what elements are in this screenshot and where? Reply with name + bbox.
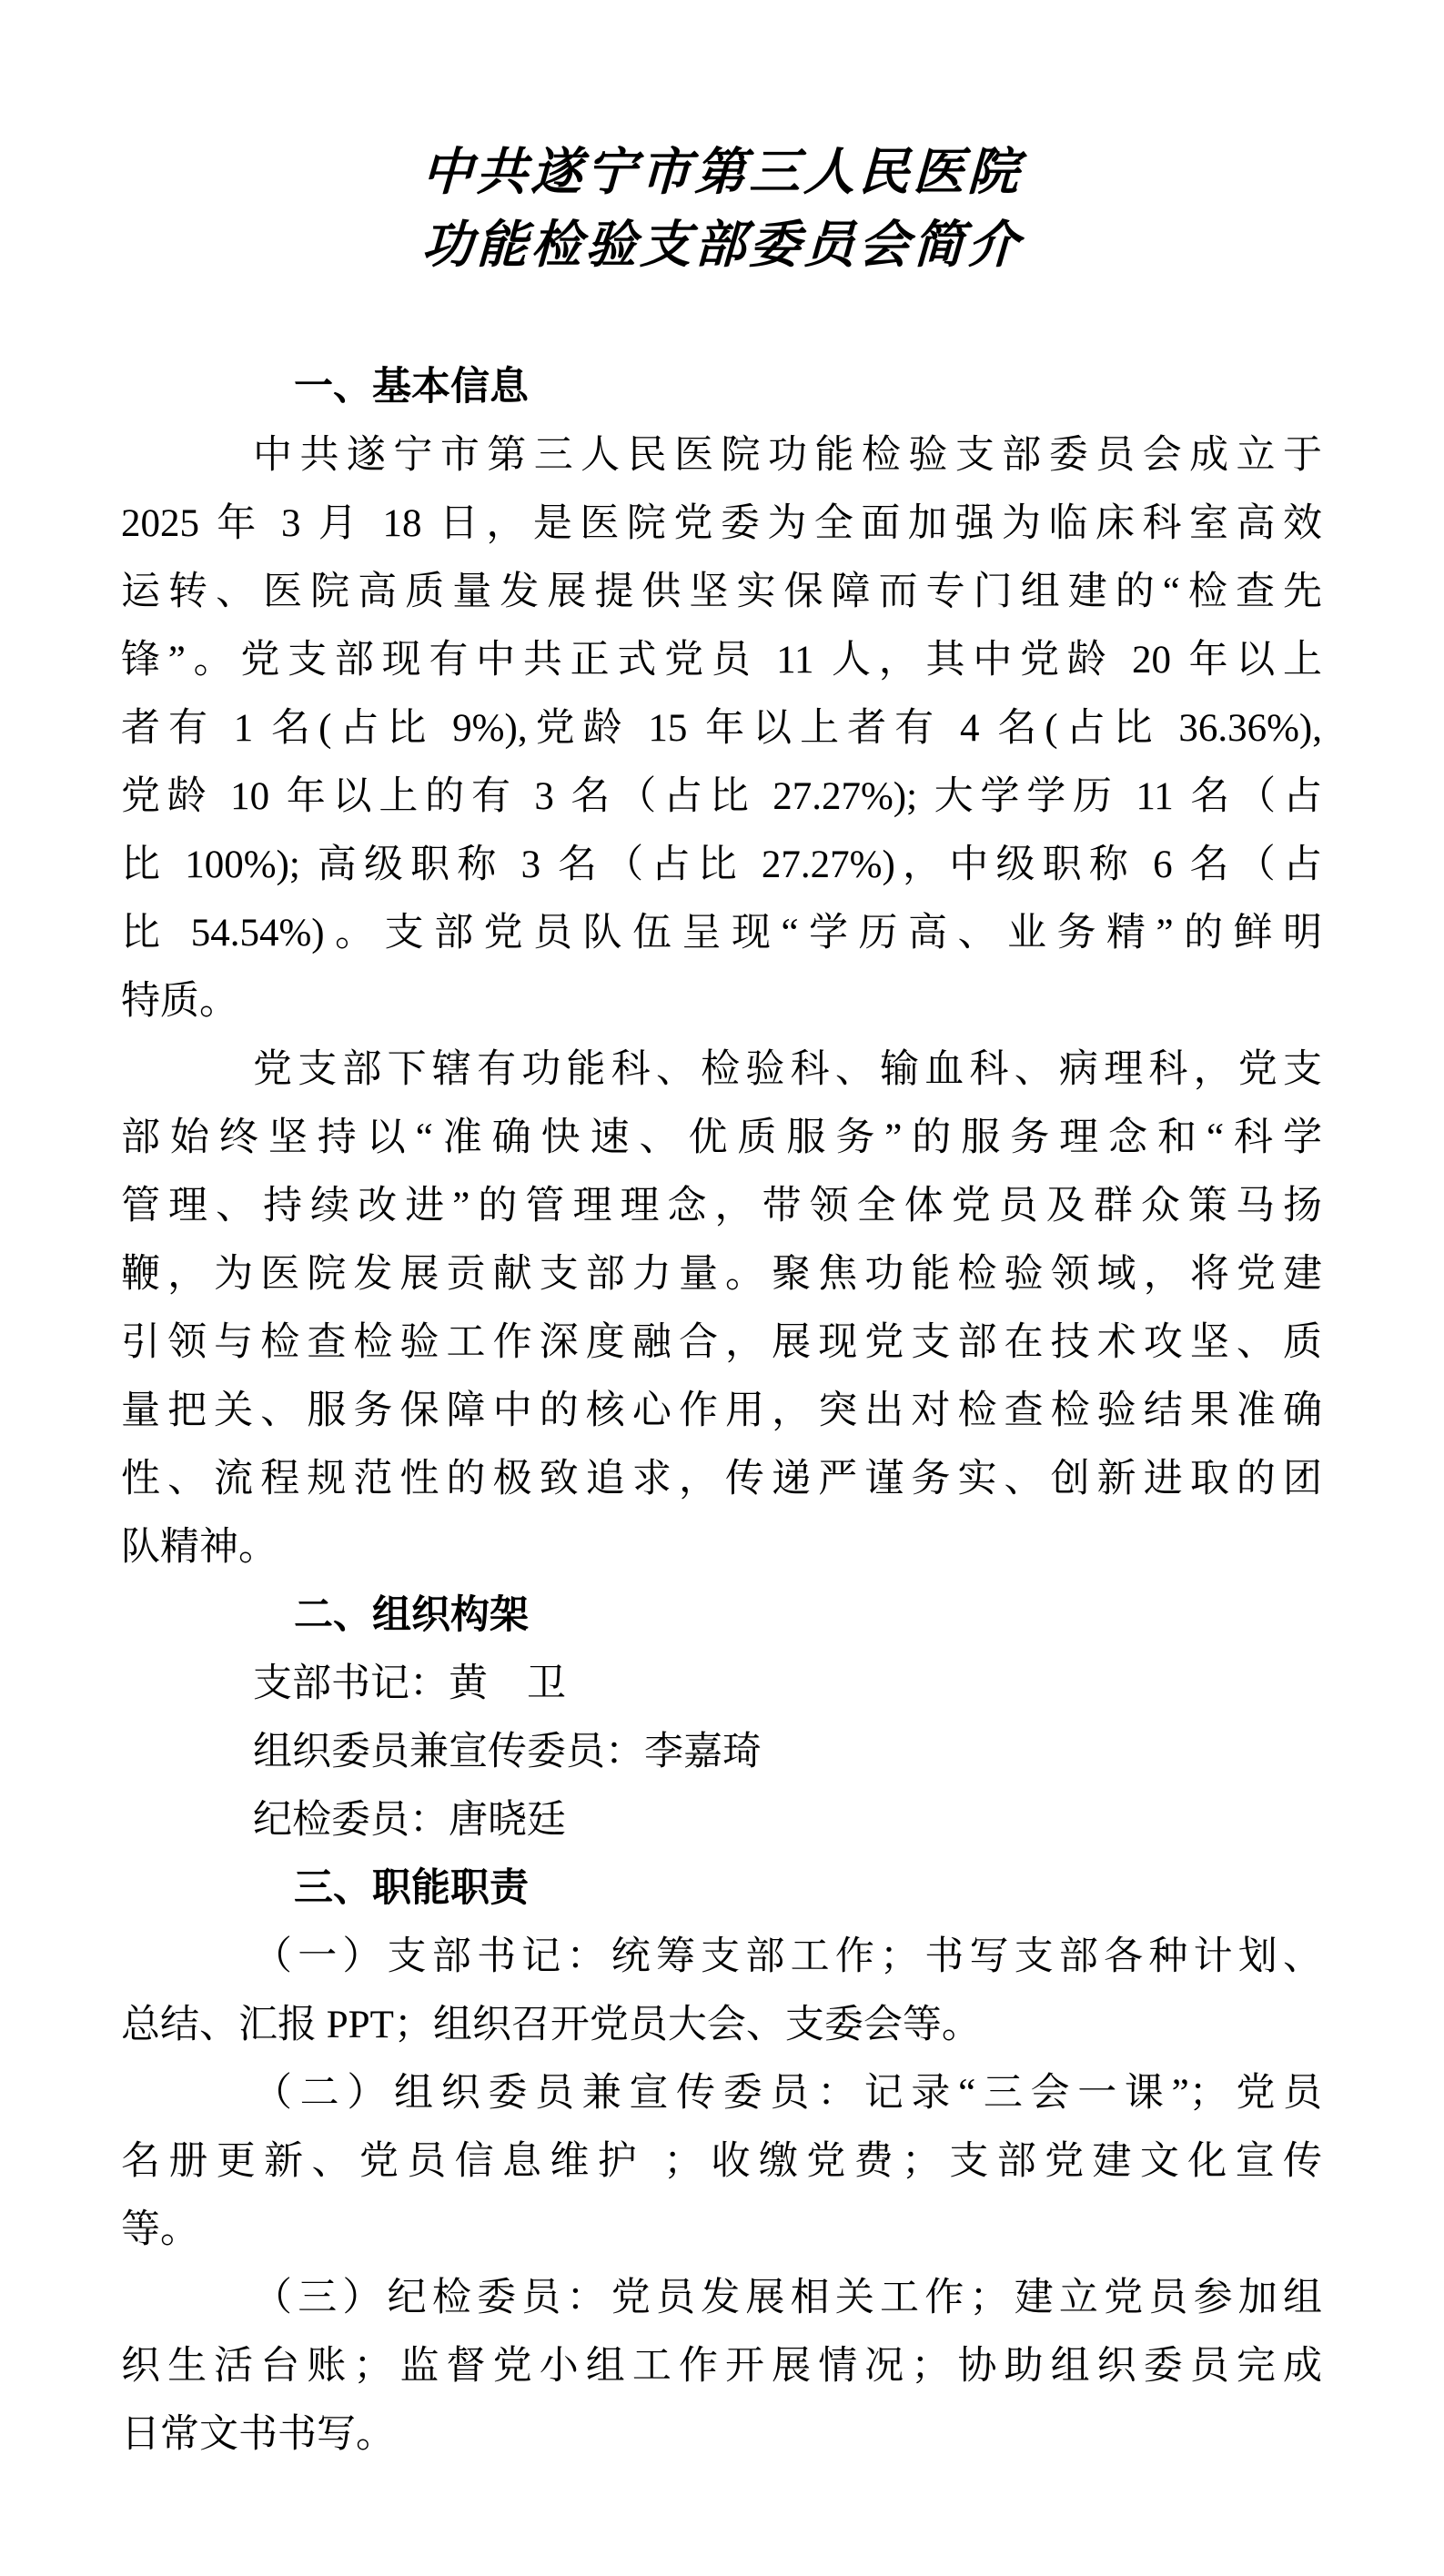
document-line: 总结、汇报 PPT；组织召开党员大会、支委会等。 [121, 1991, 1322, 2059]
document-body: 一、基本信息中共遂宁市第三人民医院功能检验支部委员会成立于2025 年 3 月 … [121, 353, 1322, 2469]
document-line: 引领与检查检验工作深度融合，展现党支部在技术攻坚、质 [121, 1308, 1322, 1377]
document-line: 比 100%); 高级职称 3 名（占比 27.27%)，中级职称 6 名（占 [121, 831, 1322, 899]
document-line: 者有 1 名(占比 9%),党龄 15 年以上者有 4 名(占比 36.36%)… [121, 694, 1322, 763]
document-line: （二）组织委员兼宣传委员：记录“三会一课”；党员 [121, 2059, 1322, 2127]
document-line: 特质。 [121, 967, 1322, 1035]
document-line: 2025 年 3 月 18 日，是医院党委为全面加强为临床科室高效 [121, 490, 1322, 558]
section-heading: 三、职能职责 [121, 1854, 1322, 1923]
document-line: （三）纪检委员：党员发展相关工作；建立党员参加组 [121, 2264, 1322, 2332]
document-line: 中共遂宁市第三人民医院功能检验支部委员会成立于 [121, 421, 1322, 490]
document-line: （一）支部书记：统筹支部工作；书写支部各种计划、 [121, 1923, 1322, 1991]
document-line: 比 54.54%)。支部党员队伍呈现“学历高、业务精”的鲜明 [121, 899, 1322, 967]
document-line: 运转、医院高质量发展提供坚实保障而专门组建的“检查先 [121, 558, 1322, 626]
document-page: 中共遂宁市第三人民医院 功能检验支部委员会简介 一、基本信息中共遂宁市第三人民医… [0, 0, 1444, 2576]
document-line: 鞭，为医院发展贡献支部力量。聚焦功能检验领域，将党建 [121, 1240, 1322, 1308]
document-title-block: 中共遂宁市第三人民医院 功能检验支部委员会简介 [0, 0, 1444, 282]
document-line: 名册更新、党员信息维护 ；收缴党费；支部党建文化宣传 [121, 2127, 1322, 2196]
document-line: 量把关、服务保障中的核心作用，突出对检查检验结果准确 [121, 1377, 1322, 1445]
document-line: 等。 [121, 2196, 1322, 2264]
document-title-line-1: 中共遂宁市第三人民医院 [0, 136, 1444, 209]
document-line: 锋”。党支部现有中共正式党员 11 人，其中党龄 20 年以上 [121, 626, 1322, 694]
document-line: 性、流程规范性的极致追求，传递严谨务实、创新进取的团 [121, 1445, 1322, 1513]
document-line: 管理、持续改进”的管理理念，带领全体党员及群众策马扬 [121, 1172, 1322, 1240]
document-line: 队精神。 [121, 1513, 1322, 1581]
section-heading: 一、基本信息 [121, 353, 1322, 421]
document-line: 党支部下辖有功能科、检验科、输血科、病理科，党支 [121, 1035, 1322, 1104]
document-line: 织生活台账；监督党小组工作开展情况；协助组织委员完成 [121, 2332, 1322, 2400]
section-heading: 二、组织构架 [121, 1581, 1322, 1650]
document-line: 部始终坚持以“准确快速、优质服务”的服务理念和“科学 [121, 1104, 1322, 1172]
document-title-line-2: 功能检验支部委员会简介 [0, 209, 1444, 282]
document-line: 支部书记：黄 卫 [121, 1650, 1322, 1718]
document-line: 纪检委员：唐晓廷 [121, 1786, 1322, 1854]
document-line: 日常文书书写。 [121, 2400, 1322, 2469]
document-line: 党龄 10 年以上的有 3 名（占比 27.27%); 大学学历 11 名（占 [121, 763, 1322, 831]
document-line: 组织委员兼宣传委员：李嘉琦 [121, 1718, 1322, 1786]
